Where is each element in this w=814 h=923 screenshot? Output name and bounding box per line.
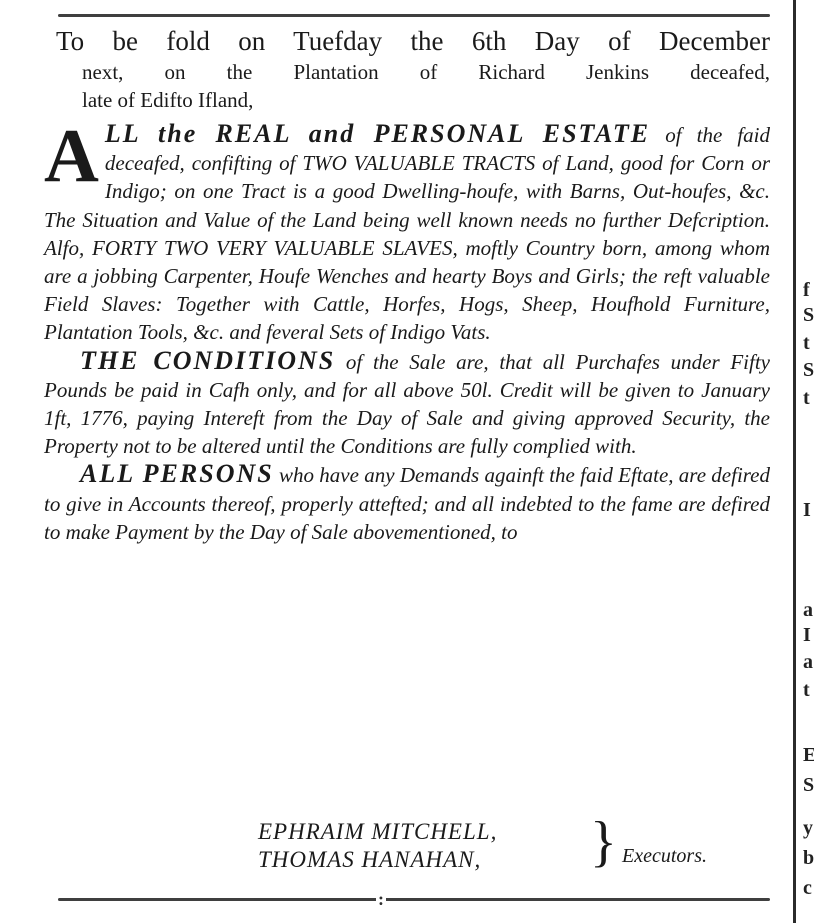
signatory-1: EPHRAIM MITCHELL, (258, 818, 497, 846)
adjacent-column-fragment: t (803, 388, 810, 408)
signatory-2: THOMAS HANAHAN, (258, 846, 497, 874)
adjacent-column-fragment: S (803, 305, 814, 325)
subheadline-line-1: next, on the Plantation of Richard Jenki… (40, 58, 770, 86)
signatories: EPHRAIM MITCHELL, THOMAS HANAHAN, (258, 818, 497, 874)
adjacent-column-fragment: f (803, 280, 810, 300)
adjacent-column-fragment: t (803, 333, 810, 353)
adjacent-column-fragment: E (803, 745, 814, 765)
drop-cap: A (44, 124, 99, 186)
persons-lead: ALL PERSONS (80, 459, 274, 488)
adjacent-column-fragment: y (803, 818, 813, 838)
adjacent-column-fragment: S (803, 360, 814, 380)
column-rule (793, 0, 796, 923)
adjacent-column-fragment: I (803, 625, 811, 645)
conditions-paragraph: THE CONDITIONS of the Sale are, that all… (40, 347, 770, 461)
top-rule (58, 14, 770, 17)
estate-paragraph: A LL the REAL and PERSONAL ESTATE of the… (40, 120, 770, 347)
adjacent-column-fragment: I (803, 500, 811, 520)
adjacent-column-fragment: a (803, 600, 813, 620)
adjacent-column-fragment: c (803, 878, 812, 898)
adjacent-column-fragment: t (803, 680, 810, 700)
estate-text: of the faid deceafed, confifting of TWO … (44, 123, 770, 344)
signatory-role: Executors. (622, 845, 707, 868)
conditions-lead: THE CONDITIONS (80, 346, 335, 375)
persons-paragraph: ALL PERSONS who have any Demands againft… (40, 460, 770, 546)
brace-icon: } (590, 812, 617, 872)
advertisement: To be fold on Tuefday the 6th Day of Dec… (40, 24, 770, 546)
adjacent-column-fragment: a (803, 652, 813, 672)
adjacent-column-fragment: S (803, 775, 814, 795)
headline: To be fold on Tuefday the 6th Day of Dec… (40, 24, 770, 58)
adjacent-column-fragment: b (803, 848, 814, 868)
estate-lead: LL the REAL and PERSONAL ESTATE (105, 119, 650, 148)
bottom-rule: : (58, 898, 770, 901)
subheadline-line-2: late of Edifto Ifland, (40, 86, 770, 114)
newspaper-page: To be fold on Tuefday the 6th Day of Dec… (0, 0, 814, 923)
rule-colon: : (376, 890, 386, 908)
